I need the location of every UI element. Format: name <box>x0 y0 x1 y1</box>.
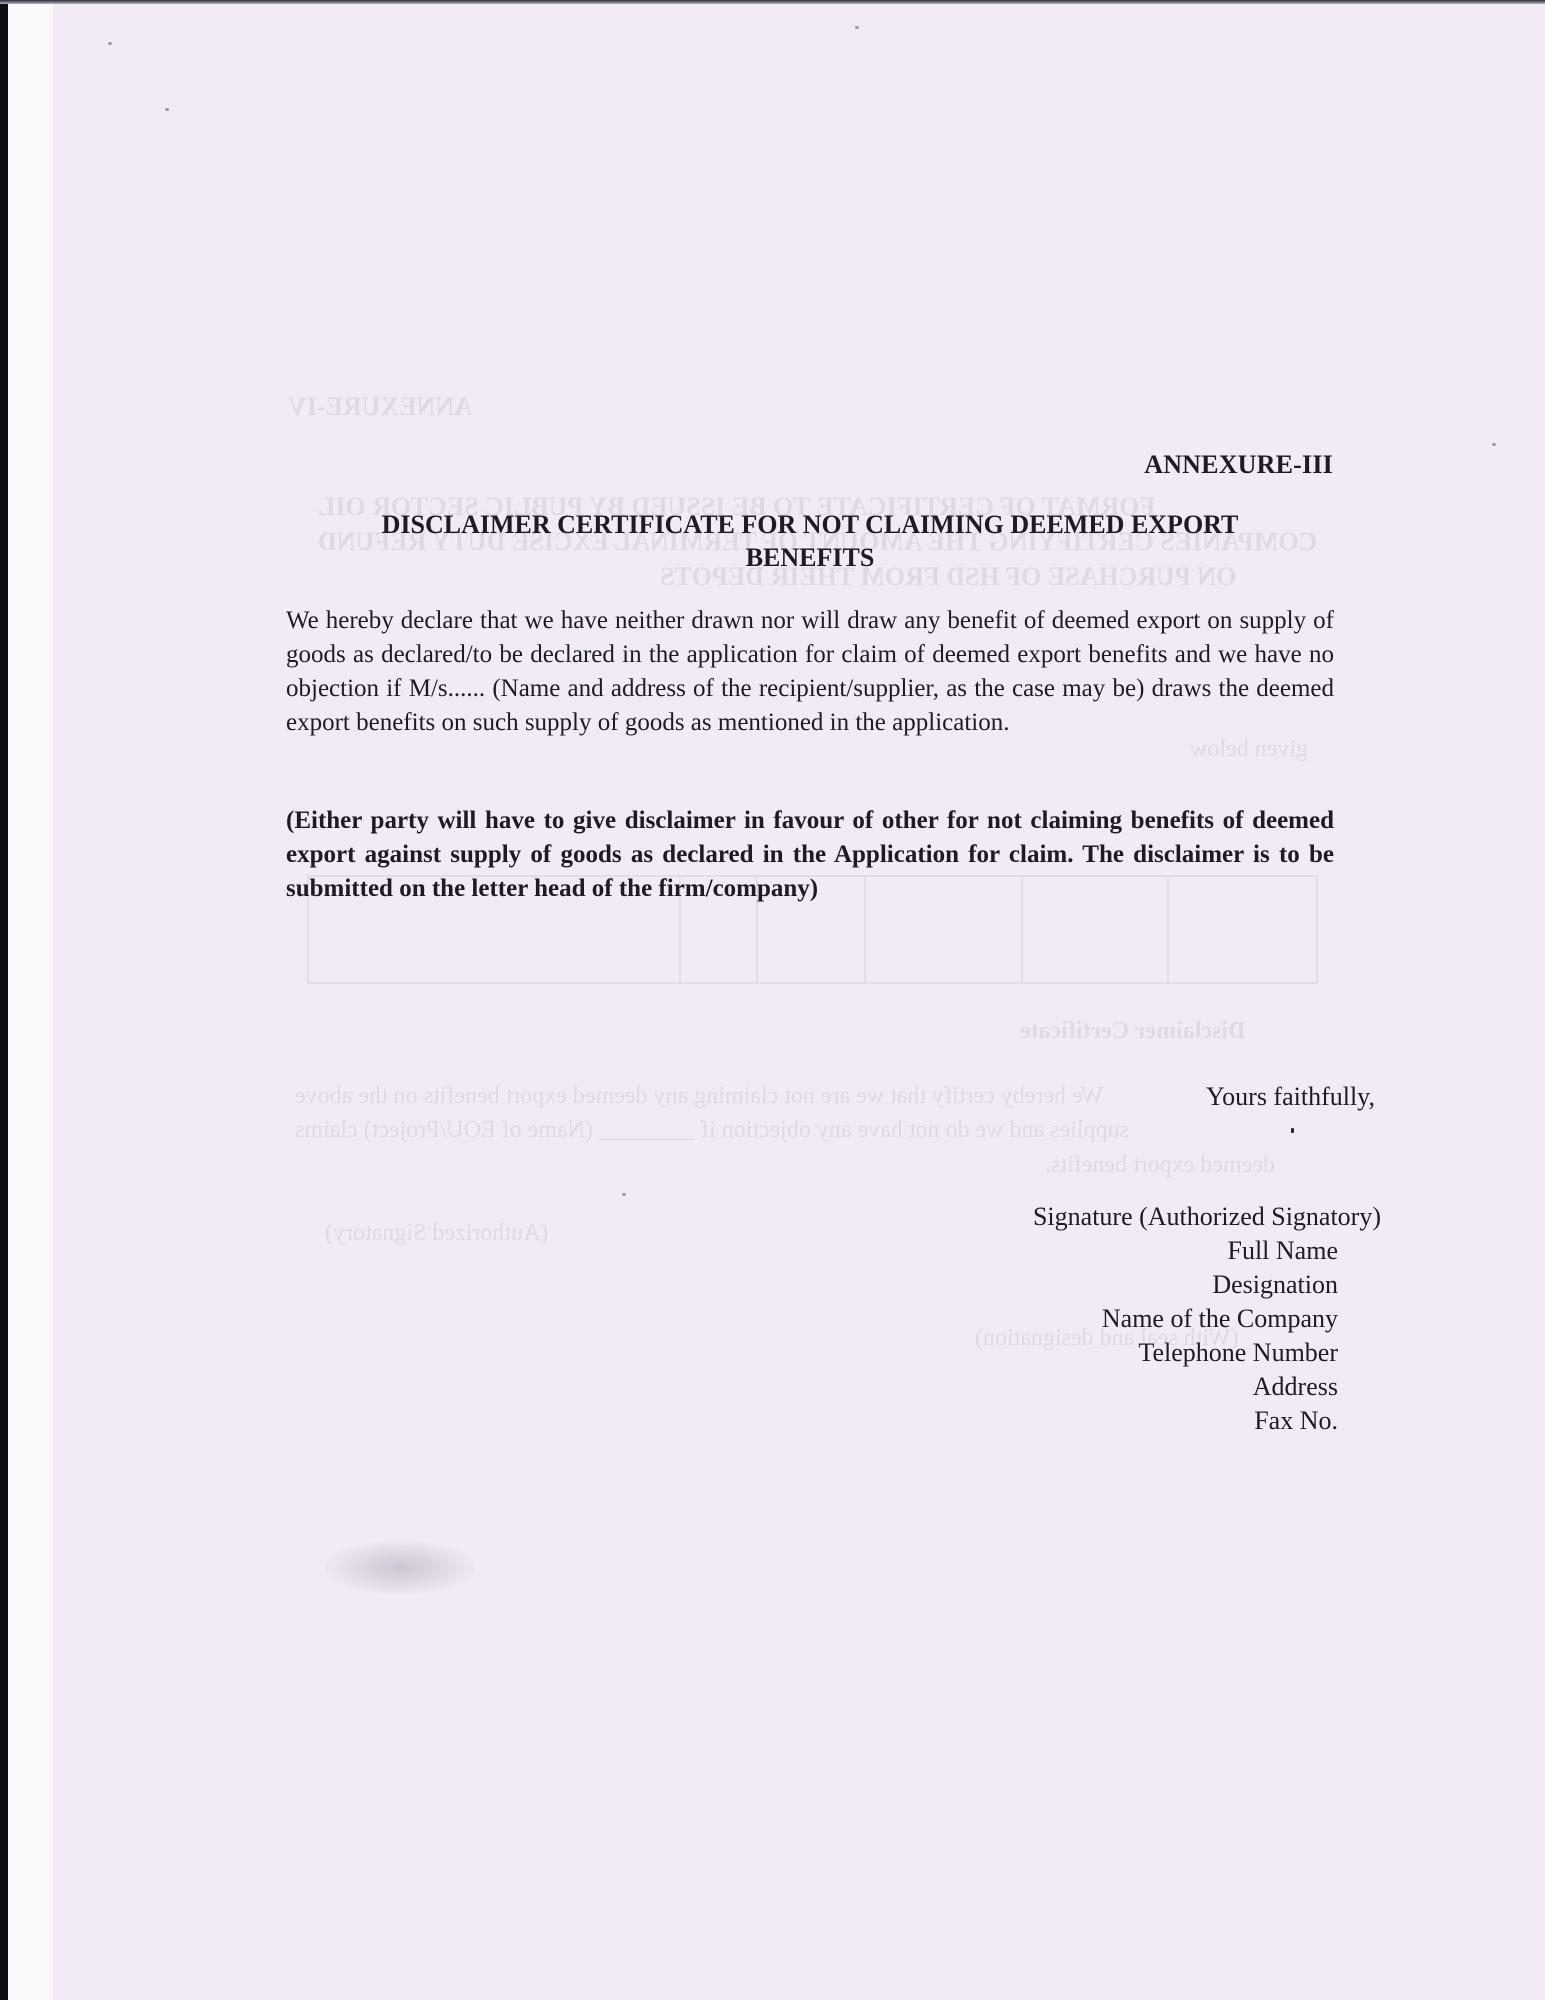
declaration-paragraph: We hereby declare that we have neither d… <box>286 604 1334 740</box>
title-line-2: BENEFITS <box>285 541 1335 574</box>
company-name-line: Name of the Company <box>1033 1302 1338 1336</box>
scan-margin <box>8 4 53 2000</box>
full-name-line: Full Name <box>1033 1234 1338 1268</box>
document-page <box>53 4 1545 2000</box>
document-title: DISCLAIMER CERTIFICATE FOR NOT CLAIMING … <box>285 508 1335 574</box>
scan-speck <box>1492 443 1496 446</box>
title-line-1: DISCLAIMER CERTIFICATE FOR NOT CLAIMING … <box>285 508 1335 541</box>
stray-mark <box>1291 1128 1294 1133</box>
disclaimer-note: (Either party will have to give disclaim… <box>286 804 1334 906</box>
signature-line: Signature (Authorized Signatory) <box>1033 1200 1381 1234</box>
scan-speck <box>108 42 112 45</box>
address-line: Address <box>1033 1370 1338 1404</box>
scan-speck <box>165 108 169 111</box>
annexure-label: ANNEXURE-III <box>1144 450 1333 480</box>
scan-speck <box>622 1193 626 1196</box>
scan-speck <box>855 26 859 29</box>
scanner-edge <box>0 0 8 2000</box>
closing-salutation: Yours faithfully, <box>1206 1082 1375 1112</box>
designation-line: Designation <box>1033 1268 1338 1302</box>
fax-line: Fax No. <box>1033 1404 1338 1438</box>
signature-block: Signature (Authorized Signatory) Full Na… <box>1033 1200 1338 1438</box>
telephone-line: Telephone Number <box>1033 1336 1338 1370</box>
